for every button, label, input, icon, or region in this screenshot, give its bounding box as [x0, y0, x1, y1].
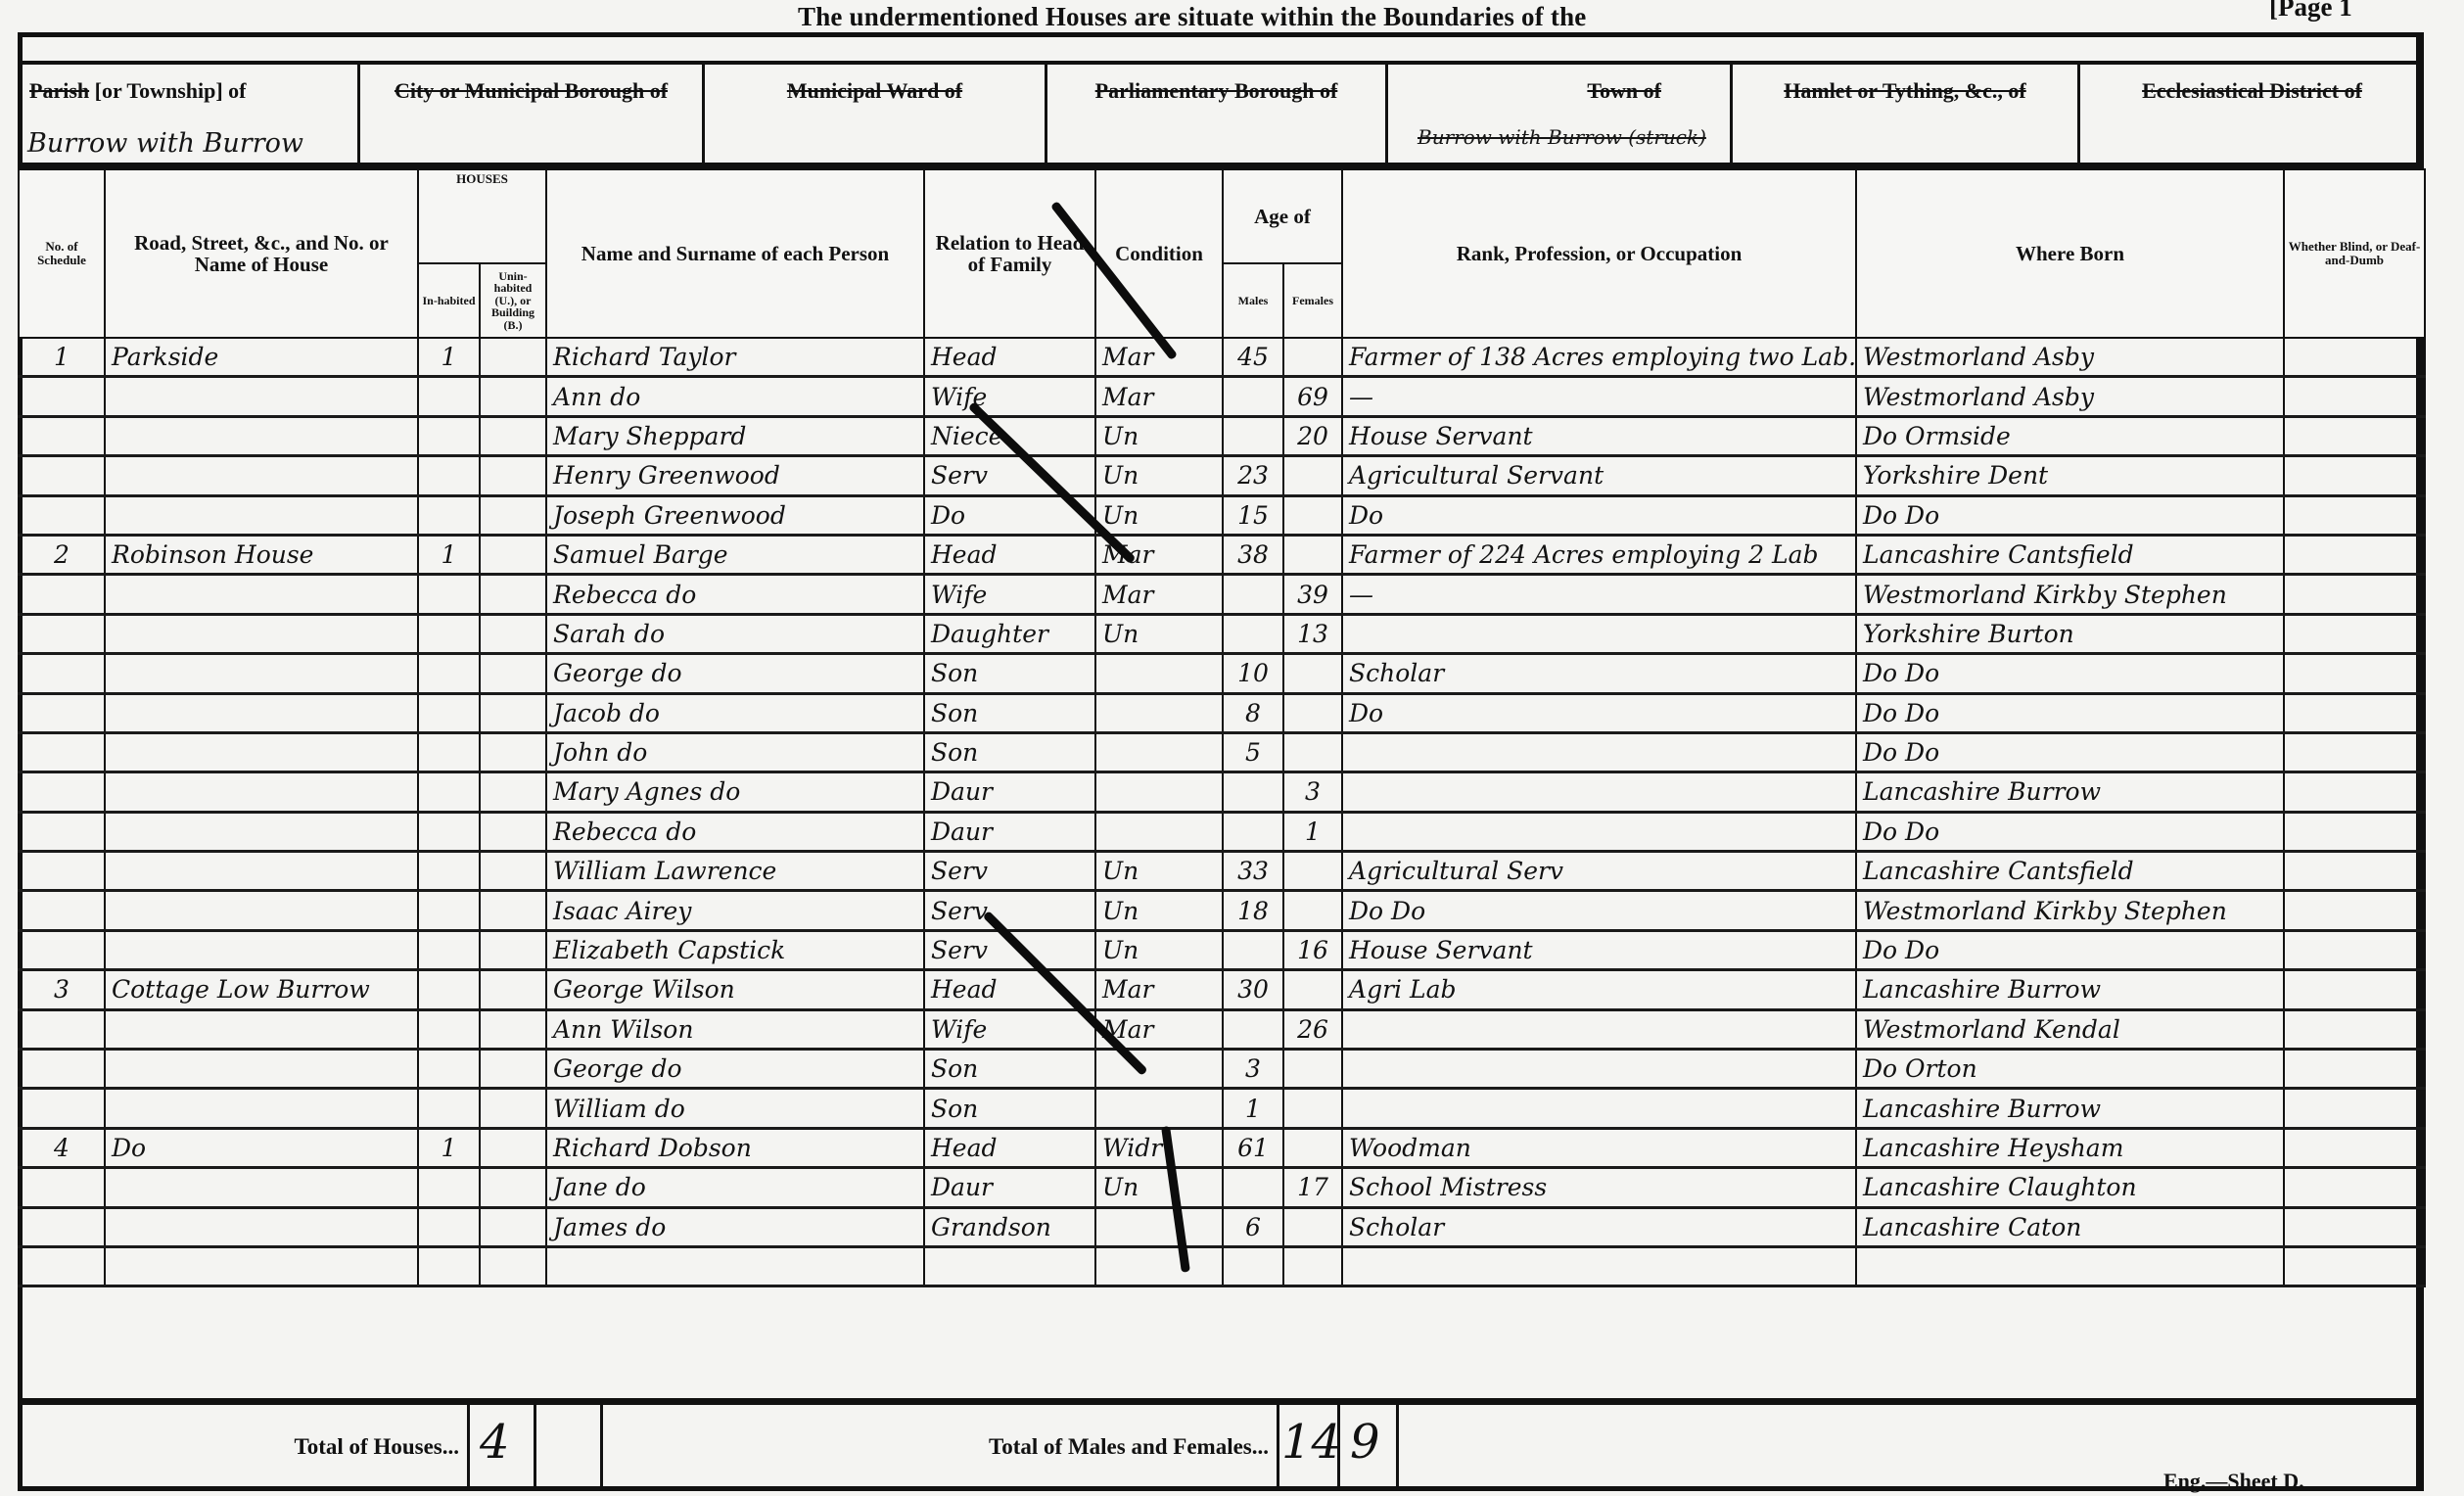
boundary-label-struck: Parish — [29, 78, 89, 103]
relation: Head — [924, 338, 1095, 377]
occupation: Agri Lab — [1342, 970, 1856, 1009]
where-born: Lancashire Cantsfield — [1856, 852, 2284, 891]
age-female: 20 — [1283, 416, 1342, 455]
age-female: 26 — [1283, 1009, 1342, 1049]
relation: Son — [924, 732, 1095, 771]
where-born: Lancashire Burrow — [1856, 772, 2284, 812]
table-row: 4Do1Richard DobsonHeadWidr61WoodmanLanca… — [19, 1128, 2425, 1167]
relation: Daughter — [924, 614, 1095, 653]
inhabited-count — [418, 416, 480, 455]
age-female — [1283, 693, 1342, 732]
age-female — [1283, 970, 1342, 1009]
inhabited-count — [418, 732, 480, 771]
person-name: Rebecca do — [546, 812, 924, 851]
occupation: Scholar — [1342, 654, 1856, 693]
table-row: Mary SheppardNieceUn20House ServantDo Or… — [19, 416, 2425, 455]
inhabited-count — [418, 852, 480, 891]
person-name: Mary Agnes do — [546, 772, 924, 812]
boundary-municipal-ward: Municipal Ward of — [705, 65, 1047, 163]
table-row: 2Robinson House1Samuel BargeHeadMar38Far… — [19, 535, 2425, 574]
inhabited-count — [418, 1207, 480, 1246]
age-female — [1283, 654, 1342, 693]
age-male: 6 — [1223, 1207, 1283, 1246]
totals-row: Total of Houses... 4 Total of Males and … — [18, 1398, 2424, 1491]
schedule-no — [19, 377, 105, 416]
where-born: Westmorland Kendal — [1856, 1009, 2284, 1049]
boundary-ecclesiastical-district: Ecclesiastical District of — [2080, 65, 2424, 163]
age-female: 13 — [1283, 614, 1342, 653]
boundary-label-struck: Town of — [1587, 78, 1661, 103]
table-row: George doSon3Do Orton — [19, 1050, 2425, 1089]
condition — [1095, 693, 1223, 732]
age-female — [1283, 1050, 1342, 1089]
condition: Un — [1095, 852, 1223, 891]
age-male — [1223, 772, 1283, 812]
relation: Wife — [924, 575, 1095, 614]
table-row: Joseph GreenwoodDoUn15DoDo Do — [19, 495, 2425, 535]
boundary-label-struck: Municipal Ward of — [787, 78, 962, 103]
total-persons-label-cell: Total of Males and Females... — [603, 1405, 1279, 1491]
col-occupation: Rank, Profession, or Occupation — [1342, 169, 1856, 338]
table-row: William LawrenceServUn33Agricultural Ser… — [19, 852, 2425, 891]
inhabited-count — [418, 930, 480, 969]
infirmity — [2284, 693, 2425, 732]
relation: Grandson — [924, 1207, 1095, 1246]
schedule-no — [19, 693, 105, 732]
age-female — [1283, 1089, 1342, 1128]
boundary-hamlet: Hamlet or Tything, &c., of — [1733, 65, 2080, 163]
boundary-label: [or Township] of — [95, 78, 247, 103]
uninhabited-mark — [480, 338, 546, 377]
occupation: Farmer of 138 Acres employing two Lab. — [1342, 338, 1856, 377]
occupation — [1342, 1089, 1856, 1128]
uninhabited-mark — [480, 1168, 546, 1207]
where-born: Do Do — [1856, 930, 2284, 969]
age-female: 1 — [1283, 812, 1342, 851]
table-row: Rebecca doDaur1Do Do — [19, 812, 2425, 851]
table-row: Isaac AireyServUn18Do DoWestmorland Kirk… — [19, 891, 2425, 930]
condition: Un — [1095, 456, 1223, 495]
table-row — [19, 1246, 2425, 1286]
where-born: Do Do — [1856, 732, 2284, 771]
person-name: Jacob do — [546, 693, 924, 732]
col-males: Males — [1223, 263, 1283, 338]
age-female — [1283, 732, 1342, 771]
person-name — [546, 1246, 924, 1286]
inhabited-count — [418, 812, 480, 851]
road-name — [105, 812, 418, 851]
uninhabited-mark — [480, 575, 546, 614]
condition: Un — [1095, 495, 1223, 535]
road-name: Cottage Low Burrow — [105, 970, 418, 1009]
infirmity — [2284, 416, 2425, 455]
occupation: House Servant — [1342, 930, 1856, 969]
relation — [924, 1246, 1095, 1286]
boundary-value: Burrow with Burrow (struck) — [1418, 125, 1706, 149]
age-female — [1283, 495, 1342, 535]
inhabited-count — [418, 1246, 480, 1286]
age-male: 8 — [1223, 693, 1283, 732]
inhabited-count — [418, 614, 480, 653]
uninhabited-mark — [480, 732, 546, 771]
person-name: John do — [546, 732, 924, 771]
total-houses-cell: 4 — [470, 1405, 536, 1491]
infirmity — [2284, 772, 2425, 812]
table-row: Jane doDaurUn17School MistressLancashire… — [19, 1168, 2425, 1207]
road-name — [105, 772, 418, 812]
age-male: 1 — [1223, 1089, 1283, 1128]
age-female — [1283, 1128, 1342, 1167]
relation: Serv — [924, 852, 1095, 891]
schedule-no — [19, 654, 105, 693]
infirmity — [2284, 1246, 2425, 1286]
person-name: George do — [546, 1050, 924, 1089]
road-name — [105, 575, 418, 614]
person-name: Rebecca do — [546, 575, 924, 614]
col-inhabited: In-habited — [418, 263, 480, 338]
occupation — [1342, 732, 1856, 771]
infirmity — [2284, 732, 2425, 771]
table-row: Rebecca doWifeMar39—Westmorland Kirkby S… — [19, 575, 2425, 614]
uninhabited-mark — [480, 1050, 546, 1089]
table-row: 3Cottage Low BurrowGeorge WilsonHeadMar3… — [19, 970, 2425, 1009]
infirmity — [2284, 1207, 2425, 1246]
uninhabited-mark — [480, 812, 546, 851]
condition — [1095, 732, 1223, 771]
road-name — [105, 1207, 418, 1246]
occupation — [1342, 812, 1856, 851]
age-female: 39 — [1283, 575, 1342, 614]
col-relation: Relation to Head of Family — [924, 169, 1095, 338]
col-road: Road, Street, &c., and No. or Name of Ho… — [105, 169, 418, 338]
occupation: School Mistress — [1342, 1168, 1856, 1207]
infirmity — [2284, 891, 2425, 930]
person-name: Ann Wilson — [546, 1009, 924, 1049]
uninhabited-mark — [480, 852, 546, 891]
road-name — [105, 1168, 418, 1207]
table-row: 1Parkside1Richard TaylorHeadMar45Farmer … — [19, 338, 2425, 377]
condition — [1095, 812, 1223, 851]
schedule-no: 4 — [19, 1128, 105, 1167]
total-houses-label-cell: Total of Houses... — [18, 1405, 470, 1491]
person-name: George Wilson — [546, 970, 924, 1009]
relation: Son — [924, 1050, 1095, 1089]
person-name: Henry Greenwood — [546, 456, 924, 495]
road-name — [105, 1246, 418, 1286]
person-name: Sarah do — [546, 614, 924, 653]
condition: Un — [1095, 891, 1223, 930]
road-name: Parkside — [105, 338, 418, 377]
schedule-no — [19, 852, 105, 891]
uninhabited-mark — [480, 891, 546, 930]
occupation — [1342, 1009, 1856, 1049]
infirmity — [2284, 1009, 2425, 1049]
person-name: Richard Taylor — [546, 338, 924, 377]
total-houses-label: Total of Houses... — [295, 1434, 459, 1460]
road-name — [105, 891, 418, 930]
occupation — [1342, 614, 1856, 653]
age-female — [1283, 1207, 1342, 1246]
uninhabited-mark — [480, 535, 546, 574]
boundary-label-struck: Ecclesiastical District of — [2142, 78, 2362, 103]
uninhabited-mark — [480, 1207, 546, 1246]
schedule-no — [19, 1089, 105, 1128]
infirmity — [2284, 1089, 2425, 1128]
inhabited-count — [418, 456, 480, 495]
person-name: Joseph Greenwood — [546, 495, 924, 535]
age-male: 23 — [1223, 456, 1283, 495]
table-row: Henry GreenwoodServUn23Agricultural Serv… — [19, 456, 2425, 495]
age-female: 17 — [1283, 1168, 1342, 1207]
where-born: Westmorland Kirkby Stephen — [1856, 891, 2284, 930]
boundary-label-struck: Hamlet or Tything, &c., of — [1784, 78, 2025, 103]
where-born: Lancashire Caton — [1856, 1207, 2284, 1246]
table-row: Jacob doSon8DoDo Do — [19, 693, 2425, 732]
road-name: Robinson House — [105, 535, 418, 574]
age-female — [1283, 852, 1342, 891]
page-title: The undermentioned Houses are situate wi… — [798, 2, 1587, 32]
where-born: Lancashire Burrow — [1856, 1089, 2284, 1128]
schedule-no — [19, 732, 105, 771]
age-male — [1223, 812, 1283, 851]
age-female — [1283, 535, 1342, 574]
age-male — [1223, 1246, 1283, 1286]
person-name: Richard Dobson — [546, 1128, 924, 1167]
inhabited-count — [418, 575, 480, 614]
col-females: Females — [1283, 263, 1342, 338]
occupation — [1342, 1050, 1856, 1089]
relation: Wife — [924, 1009, 1095, 1049]
person-name: Jane do — [546, 1168, 924, 1207]
road-name — [105, 654, 418, 693]
boundary-parliamentary-borough: Parliamentary Borough of — [1047, 65, 1388, 163]
infirmity — [2284, 812, 2425, 851]
uninhabited-mark — [480, 772, 546, 812]
occupation: House Servant — [1342, 416, 1856, 455]
infirmity — [2284, 1168, 2425, 1207]
age-male: 3 — [1223, 1050, 1283, 1089]
relation: Daur — [924, 772, 1095, 812]
person-name: Isaac Airey — [546, 891, 924, 930]
person-name: William do — [546, 1089, 924, 1128]
inhabited-count — [418, 1089, 480, 1128]
relation: Son — [924, 1089, 1095, 1128]
person-name: James do — [546, 1207, 924, 1246]
uninhabited-mark — [480, 693, 546, 732]
age-female: 16 — [1283, 930, 1342, 969]
total-males-value: 14 — [1281, 1415, 1341, 1470]
infirmity — [2284, 1050, 2425, 1089]
table-row: Mary Agnes doDaur3Lancashire Burrow — [19, 772, 2425, 812]
boundary-label-struck: Parliamentary Borough of — [1095, 78, 1338, 103]
age-male: 33 — [1223, 852, 1283, 891]
age-male: 5 — [1223, 732, 1283, 771]
condition — [1095, 772, 1223, 812]
age-male: 10 — [1223, 654, 1283, 693]
condition — [1095, 654, 1223, 693]
occupation: Do — [1342, 693, 1856, 732]
uninhabited-mark — [480, 1246, 546, 1286]
condition: Un — [1095, 614, 1223, 653]
road-name — [105, 614, 418, 653]
condition — [1095, 1246, 1223, 1286]
where-born: Do Orton — [1856, 1050, 2284, 1089]
relation: Head — [924, 1128, 1095, 1167]
schedule-no — [19, 1009, 105, 1049]
infirmity — [2284, 970, 2425, 1009]
schedule-no — [19, 614, 105, 653]
infirmity — [2284, 535, 2425, 574]
uninhabited-mark — [480, 970, 546, 1009]
col-where-born: Where Born — [1856, 169, 2284, 338]
infirmity — [2284, 338, 2425, 377]
occupation — [1342, 772, 1856, 812]
road-name — [105, 1050, 418, 1089]
age-male — [1223, 1009, 1283, 1049]
col-age: Age of — [1223, 169, 1342, 263]
where-born: Do Do — [1856, 495, 2284, 535]
table-row: George doSon10ScholarDo Do — [19, 654, 2425, 693]
inhabited-count — [418, 772, 480, 812]
age-male — [1223, 575, 1283, 614]
person-name: George do — [546, 654, 924, 693]
inhabited-count — [418, 1168, 480, 1207]
occupation: — — [1342, 377, 1856, 416]
inhabited-count: 1 — [418, 1128, 480, 1167]
condition — [1095, 1207, 1223, 1246]
schedule-no — [19, 456, 105, 495]
schedule-no — [19, 1168, 105, 1207]
road-name — [105, 852, 418, 891]
schedule-no: 3 — [19, 970, 105, 1009]
infirmity — [2284, 614, 2425, 653]
schedule-no — [19, 891, 105, 930]
person-name: Ann do — [546, 377, 924, 416]
age-male — [1223, 1168, 1283, 1207]
boundary-value: Burrow with Burrow — [27, 128, 303, 159]
uninhabited-mark — [480, 614, 546, 653]
age-male: 61 — [1223, 1128, 1283, 1167]
col-name: Name and Surname of each Person — [546, 169, 924, 338]
table-row: Ann WilsonWifeMar26Westmorland Kendal — [19, 1009, 2425, 1049]
where-born: Yorkshire Burton — [1856, 614, 2284, 653]
table-row: John doSon5Do Do — [19, 732, 2425, 771]
uninhabited-mark — [480, 1128, 546, 1167]
where-born: Lancashire Cantsfield — [1856, 535, 2284, 574]
schedule-no: 1 — [19, 338, 105, 377]
total-houses-value: 4 — [480, 1415, 510, 1470]
schedule-no — [19, 1207, 105, 1246]
infirmity — [2284, 575, 2425, 614]
age-male: 30 — [1223, 970, 1283, 1009]
occupation: Do — [1342, 495, 1856, 535]
relation: Daur — [924, 812, 1095, 851]
col-schedule: No. of Schedule — [19, 169, 105, 338]
relation: Serv — [924, 891, 1095, 930]
page-number: [Page 1 — [2269, 0, 2352, 23]
person-name: Elizabeth Capstick — [546, 930, 924, 969]
table-row: Elizabeth CapstickServUn16House ServantD… — [19, 930, 2425, 969]
person-name: William Lawrence — [546, 852, 924, 891]
occupation: Farmer of 224 Acres employing 2 Lab — [1342, 535, 1856, 574]
total-uninhabited-cell — [536, 1405, 603, 1491]
age-male: 18 — [1223, 891, 1283, 930]
age-male — [1223, 930, 1283, 969]
occupation: Do Do — [1342, 891, 1856, 930]
road-name — [105, 416, 418, 455]
total-females-value: 9 — [1350, 1415, 1380, 1470]
condition: Mar — [1095, 377, 1223, 416]
schedule-no: 2 — [19, 535, 105, 574]
uninhabited-mark — [480, 495, 546, 535]
boundaries-row: Parish [or Township] of Burrow with Burr… — [18, 61, 2424, 168]
condition: Mar — [1095, 970, 1223, 1009]
uninhabited-mark — [480, 1009, 546, 1049]
where-born: Lancashire Heysham — [1856, 1128, 2284, 1167]
condition: Widr — [1095, 1128, 1223, 1167]
schedule-no — [19, 416, 105, 455]
infirmity — [2284, 654, 2425, 693]
road-name — [105, 456, 418, 495]
table-row: William doSon1Lancashire Burrow — [19, 1089, 2425, 1128]
uninhabited-mark — [480, 654, 546, 693]
occupation: — — [1342, 575, 1856, 614]
age-male — [1223, 416, 1283, 455]
where-born: Lancashire Burrow — [1856, 970, 2284, 1009]
inhabited-count — [418, 495, 480, 535]
inhabited-count: 1 — [418, 338, 480, 377]
uninhabited-mark — [480, 456, 546, 495]
where-born: Westmorland Asby — [1856, 338, 2284, 377]
where-born: Do Ormside — [1856, 416, 2284, 455]
occupation — [1342, 1246, 1856, 1286]
col-houses: HOUSES — [418, 169, 546, 263]
schedule-no — [19, 930, 105, 969]
condition — [1095, 1089, 1223, 1128]
where-born: Yorkshire Dent — [1856, 456, 2284, 495]
person-name: Samuel Barge — [546, 535, 924, 574]
age-female: 3 — [1283, 772, 1342, 812]
condition: Un — [1095, 1168, 1223, 1207]
where-born: Do Do — [1856, 812, 2284, 851]
boundary-parish: Parish [or Township] of Burrow with Burr… — [18, 65, 360, 163]
inhabited-count — [418, 377, 480, 416]
table-row: Ann doWifeMar69—Westmorland Asby — [19, 377, 2425, 416]
schedule-no — [19, 495, 105, 535]
infirmity — [2284, 495, 2425, 535]
age-female — [1283, 456, 1342, 495]
inhabited-count — [418, 1009, 480, 1049]
infirmity — [2284, 456, 2425, 495]
schedule-no — [19, 1246, 105, 1286]
boundary-town: Town of Burrow with Burrow (struck) — [1388, 65, 1733, 163]
total-males-cell: 14 — [1279, 1405, 1340, 1491]
age-male: 15 — [1223, 495, 1283, 535]
occupation: Agricultural Serv — [1342, 852, 1856, 891]
age-male — [1223, 614, 1283, 653]
schedule-no — [19, 1050, 105, 1089]
boundary-label-struck: City or Municipal Borough of — [395, 78, 668, 103]
uninhabited-mark — [480, 416, 546, 455]
schedule-no — [19, 812, 105, 851]
road-name — [105, 732, 418, 771]
age-male: 38 — [1223, 535, 1283, 574]
total-females-cell: 9 — [1340, 1405, 1399, 1491]
inhabited-count: 1 — [418, 535, 480, 574]
occupation: Scholar — [1342, 1207, 1856, 1246]
where-born: Westmorland Kirkby Stephen — [1856, 575, 2284, 614]
infirmity — [2284, 377, 2425, 416]
